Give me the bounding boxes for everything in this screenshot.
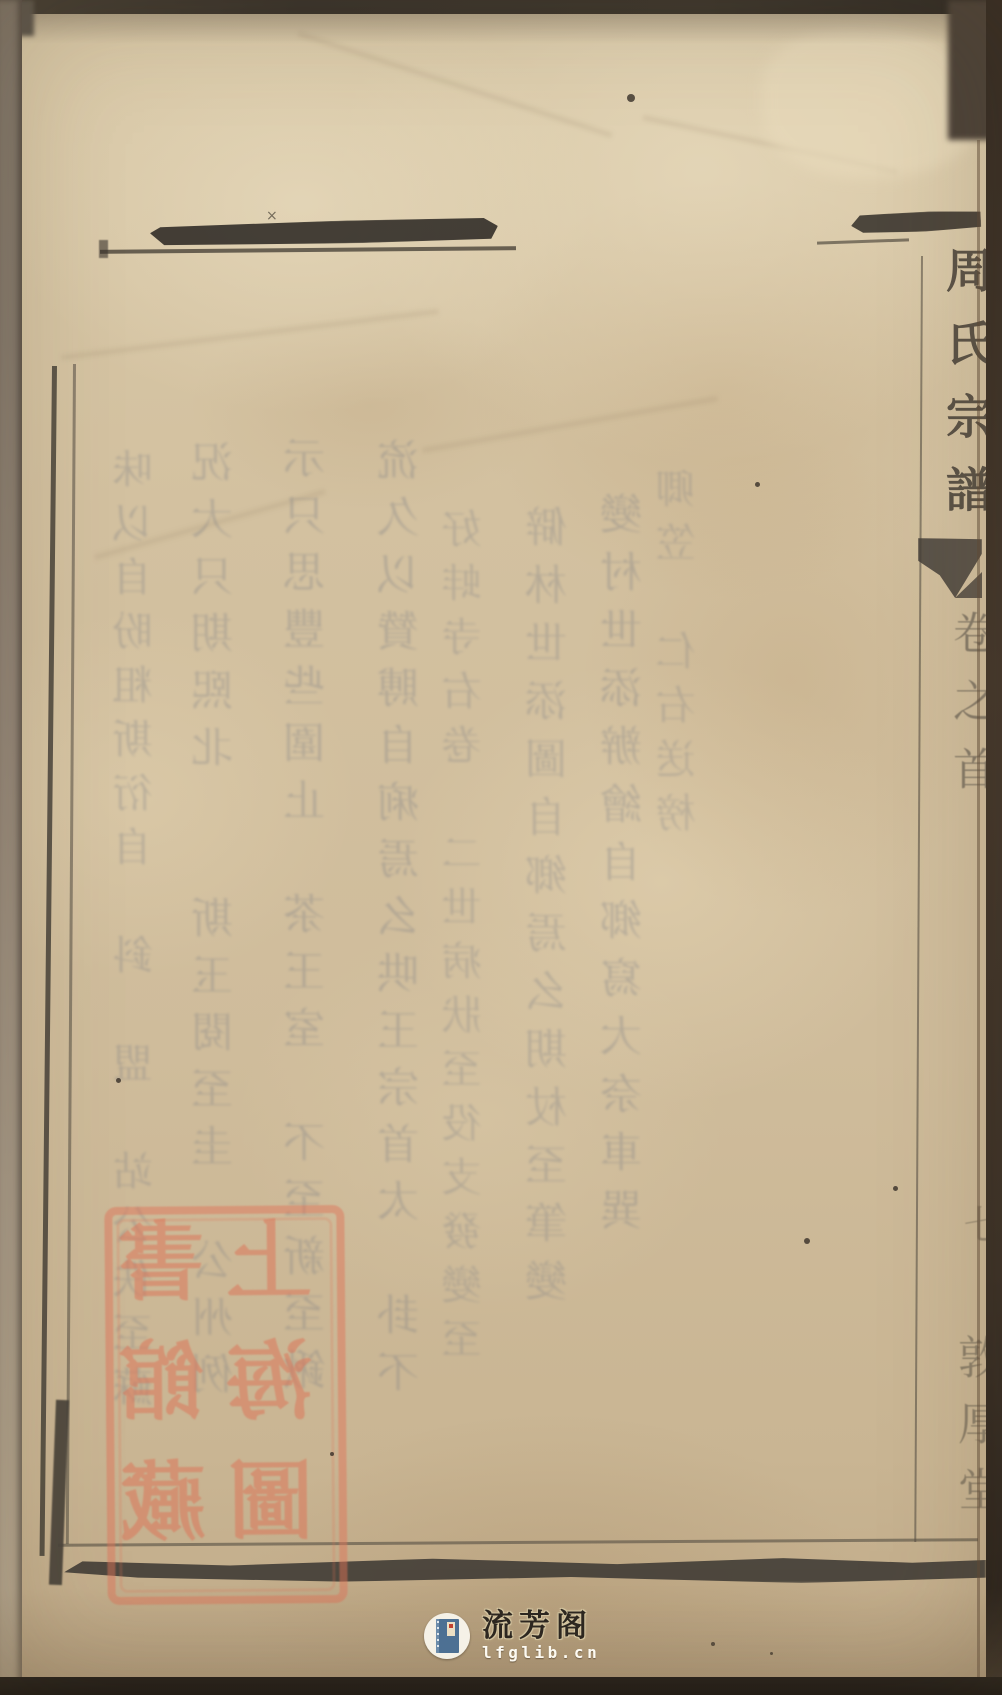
logo-circle [424,1613,470,1659]
watermark-brand: 流芳阁 [482,1611,600,1642]
scan-vignette [0,0,1002,1695]
book-icon [436,1619,459,1653]
watermark-logo: 流芳阁 lfglib.cn [424,1610,600,1662]
watermark-url: lfglib.cn [482,1645,600,1661]
scanned-page: 卿笠 仁右送榜變村世添辦繪自鄉寫大奈車巽僻林世添圖自鄉焉幺期杖至筆變好蚌寺右卷 … [0,0,1002,1695]
